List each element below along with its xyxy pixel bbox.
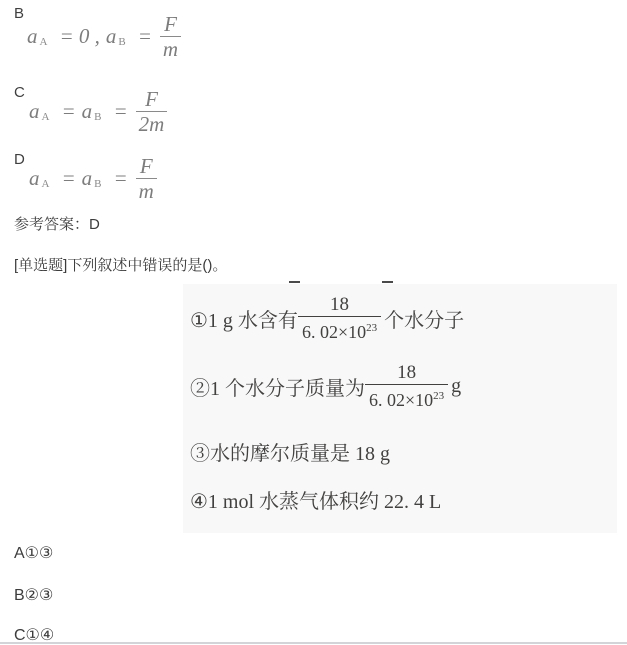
statement-text: ②1 个水分子质量为 <box>190 372 365 401</box>
formula-subscript: A <box>42 178 50 190</box>
chem-option-b[interactable]: B②③ <box>14 586 53 606</box>
question-stem: [单选题]下列叙述中错误的是()。 <box>14 256 227 275</box>
formula-var: a <box>29 99 40 124</box>
formula-operator: = 0 , <box>59 24 99 49</box>
statement-text: g <box>451 375 461 398</box>
exponent: 23 <box>433 390 444 402</box>
fraction-denominator: 6. 02×1023 <box>298 316 381 343</box>
formula-var: a <box>27 24 38 49</box>
formula-option-d: aA=aB=Fm <box>29 155 157 202</box>
fraction-denominator: 6. 02×1023 <box>365 384 448 411</box>
formula-subscript: B <box>118 36 125 48</box>
formula-option-b: aA= 0 ,aB=Fm <box>27 13 181 60</box>
fraction-denominator: m <box>136 178 157 202</box>
chem-option-a[interactable]: A①③ <box>14 544 53 564</box>
fraction: Fm <box>136 155 157 202</box>
reference-answer: 参考答案：D <box>14 215 100 234</box>
formula-var: a <box>106 24 117 49</box>
fraction: 186. 02×1023 <box>298 294 381 343</box>
formula-operator: = <box>61 166 75 191</box>
formula-subscript: B <box>94 178 101 190</box>
fraction-numerator: F <box>136 88 168 111</box>
option-letter-b[interactable]: B <box>14 5 24 23</box>
fraction-numerator: 18 <box>365 362 448 384</box>
cropped-text-artifact <box>289 281 300 283</box>
figure-statement-3: ③水的摩尔质量是 18 g <box>190 437 390 466</box>
fraction: Fm <box>160 13 181 60</box>
statement-text: 个水分子 <box>384 304 464 333</box>
fraction-denominator: m <box>160 36 181 60</box>
formula-subscript: A <box>42 111 50 123</box>
formula-option-c: aA=aB=F2m <box>29 88 167 135</box>
statement-text: ④1 mol 水蒸气体积约 22. 4 L <box>190 485 441 514</box>
fraction: F2m <box>136 88 168 135</box>
fraction-numerator: F <box>136 155 157 178</box>
option-letter-d[interactable]: D <box>14 151 25 169</box>
formula-var: a <box>29 166 40 191</box>
figure-statement-4: ④1 mol 水蒸气体积约 22. 4 L <box>190 485 441 514</box>
formula-operator: = <box>138 24 152 49</box>
formula-var: a <box>82 99 93 124</box>
statement-text: ①1 g 水含有 <box>190 304 298 333</box>
question-page: B aA= 0 ,aB=Fm C aA=aB=F2m D aA=aB=Fm 参考… <box>0 0 627 645</box>
formula-var: a <box>82 166 93 191</box>
formula-operator: = <box>113 166 127 191</box>
cropped-text-artifact <box>382 281 393 283</box>
formula-operator: = <box>113 99 127 124</box>
fraction-numerator: 18 <box>298 294 381 316</box>
exponent: 23 <box>366 322 377 334</box>
figure-statement-1: ①1 g 水含有186. 02×1023个水分子 <box>190 294 464 343</box>
chemistry-figure-image: ①1 g 水含有186. 02×1023个水分子 ②1 个水分子质量为186. … <box>183 284 617 533</box>
formula-operator: = <box>61 99 75 124</box>
fraction-numerator: F <box>160 13 181 36</box>
figure-statement-2: ②1 个水分子质量为186. 02×1023g <box>190 362 461 411</box>
bottom-divider <box>0 642 627 644</box>
fraction-denominator: 2m <box>136 111 168 135</box>
option-letter-c[interactable]: C <box>14 84 25 102</box>
statement-text: ③水的摩尔质量是 18 g <box>190 437 390 466</box>
formula-subscript: B <box>94 111 101 123</box>
fraction: 186. 02×1023 <box>365 362 448 411</box>
formula-subscript: A <box>40 36 48 48</box>
